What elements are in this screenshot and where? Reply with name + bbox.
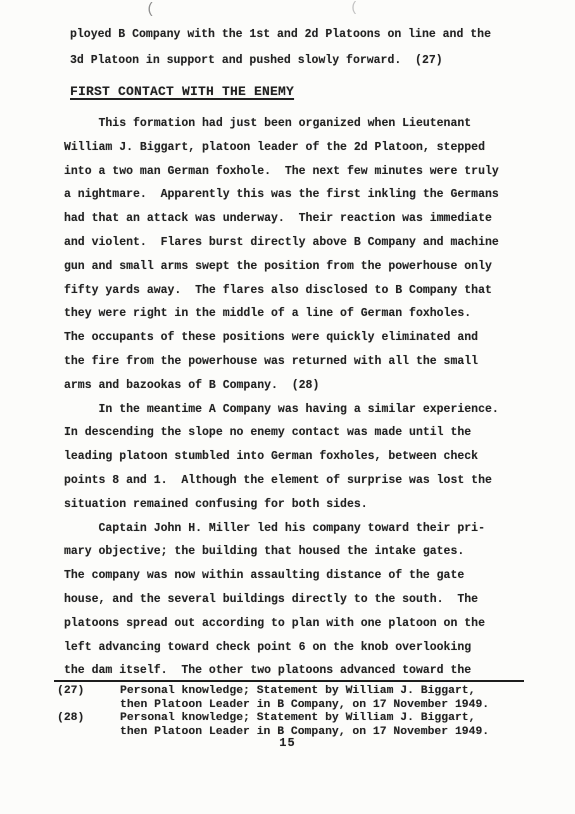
- text-line: points 8 and 1. Although the element of …: [64, 469, 499, 493]
- text-line: Personal knowledge; Statement by William…: [120, 712, 489, 726]
- text-line: fifty yards away. The flares also disclo…: [64, 279, 499, 303]
- footnotes: (27) Personal knowledge; Statement by Wi…: [57, 685, 489, 740]
- scan-artifact-paren-right: (: [350, 0, 358, 16]
- text-line: leading platoon stumbled into German fox…: [64, 445, 499, 469]
- text-line: In descending the slope no enemy contact…: [64, 421, 499, 445]
- text-line: Captain John H. Miller led his company t…: [64, 517, 499, 541]
- text-line: they were right in the middle of a line …: [64, 302, 499, 326]
- text-line: situation remained confusing for both si…: [64, 493, 499, 517]
- text-line: then Platoon Leader in B Company, on 17 …: [120, 699, 489, 713]
- text-line: This formation had just been organized w…: [64, 112, 499, 136]
- text-line: house, and the several buildings directl…: [64, 588, 499, 612]
- continuation-paragraph: ployed B Company with the 1st and 2d Pla…: [70, 22, 491, 74]
- page-number: 15: [0, 736, 575, 750]
- paragraph-3: Captain John H. Miller led his company t…: [64, 517, 499, 684]
- text-line: ployed B Company with the 1st and 2d Pla…: [70, 22, 491, 48]
- text-line: the fire from the powerhouse was returne…: [64, 350, 499, 374]
- document-page: ( ( ployed B Company with the 1st and 2d…: [0, 0, 575, 814]
- paragraph-1: This formation had just been organized w…: [64, 112, 499, 398]
- paragraph-2: In the meantime A Company was having a s…: [64, 398, 499, 517]
- footnote-27-number: (27): [57, 685, 120, 712]
- text-line: The occupants of these positions were qu…: [64, 326, 499, 350]
- text-line: William J. Biggart, platoon leader of th…: [64, 136, 499, 160]
- section-heading: FIRST CONTACT WITH THE ENEMY: [70, 84, 294, 99]
- text-line: and violent. Flares burst directly above…: [64, 231, 499, 255]
- footnote-27: (27) Personal knowledge; Statement by Wi…: [57, 685, 489, 712]
- text-line: The company was now within assaulting di…: [64, 564, 499, 588]
- text-line: left advancing toward check point 6 on t…: [64, 636, 499, 660]
- text-line: arms and bazookas of B Company. (28): [64, 374, 499, 398]
- text-line: In the meantime A Company was having a s…: [64, 398, 499, 422]
- text-line: gun and small arms swept the position fr…: [64, 255, 499, 279]
- text-line: Personal knowledge; Statement by William…: [120, 685, 489, 699]
- text-line: a nightmare. Apparently this was the fir…: [64, 183, 499, 207]
- text-line: mary objective; the building that housed…: [64, 540, 499, 564]
- scan-artifact-paren-left: (: [146, 1, 155, 18]
- text-line: had that an attack was underway. Their r…: [64, 207, 499, 231]
- footnote-separator: [54, 680, 524, 682]
- text-line: into a two man German foxhole. The next …: [64, 160, 499, 184]
- footnote-27-text: Personal knowledge; Statement by William…: [120, 685, 489, 712]
- text-line: platoons spread out according to plan wi…: [64, 612, 499, 636]
- body-text: This formation had just been organized w…: [64, 112, 499, 683]
- text-line: 3d Platoon in support and pushed slowly …: [70, 48, 491, 74]
